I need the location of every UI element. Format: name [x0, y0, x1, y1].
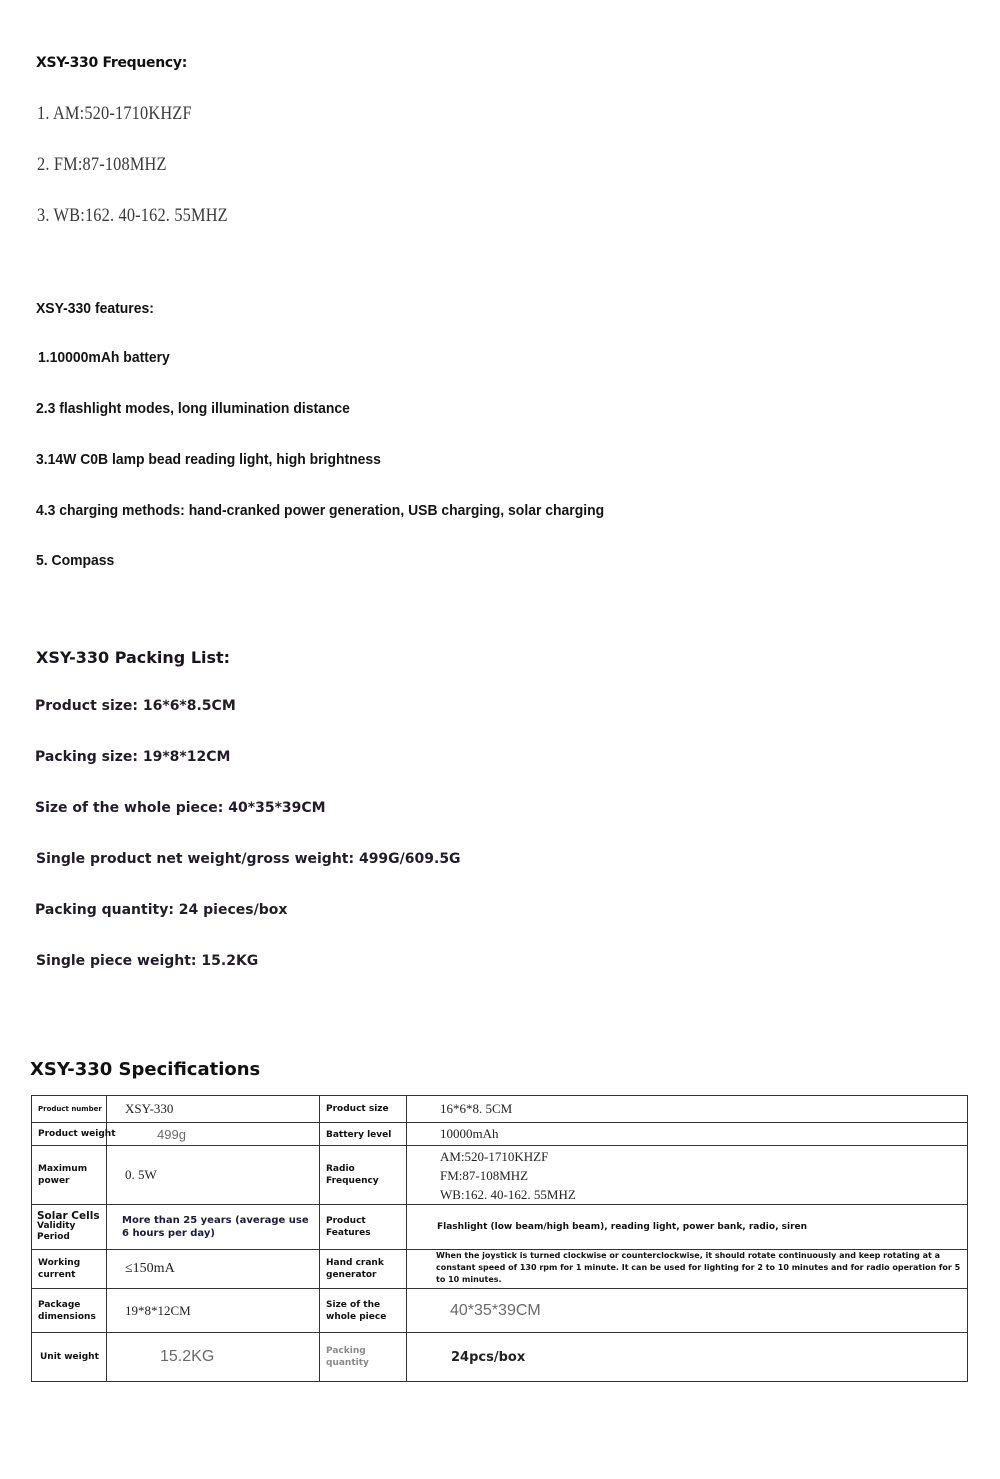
spec-value-unit-weight: 15.2KG — [107, 1333, 320, 1382]
radio-fm: FM:87-108MHZ — [440, 1166, 967, 1185]
radio-am: AM:520-1710KHZF — [440, 1147, 967, 1166]
spec-value-maximum-power: 0. 5W — [107, 1146, 320, 1205]
solar-label-line2: Validity — [37, 1221, 106, 1231]
features-heading: XSY-330 features: — [36, 300, 154, 317]
spec-row-solar-cells: Solar Cells Validity Period More than 25… — [32, 1205, 968, 1250]
spec-value-whole-piece-size: 40*35*39CM — [407, 1289, 968, 1333]
feature-item-battery: 1.10000mAh battery — [38, 349, 170, 366]
spec-value-solar-cells-validity: More than 25 years (average use 6 hours … — [107, 1205, 320, 1250]
packing-list-heading: XSY-330 Packing List: — [36, 648, 230, 667]
spec-row-maximum-power: Maximum power 0. 5W Radio Frequency AM:5… — [32, 1146, 968, 1205]
spec-row-package-dimensions: Package dimensions 19*8*12CM Size of the… — [32, 1289, 968, 1333]
feature-item-reading-light: 3.14W C0B lamp bead reading light, high … — [36, 451, 381, 468]
spec-label-package-dimensions: Package dimensions — [32, 1289, 107, 1333]
spec-label-product-number: Product number — [32, 1096, 107, 1123]
spec-value-working-current: ≤150mA — [107, 1250, 320, 1289]
spec-value-product-number: XSY-330 — [107, 1096, 320, 1123]
packing-item-piece-weight: Single piece weight: 15.2KG — [36, 953, 258, 969]
feature-item-charging: 4.3 charging methods: hand-cranked power… — [36, 502, 604, 519]
frequency-item-am: 1. AM:520-1710KHZF — [37, 103, 192, 125]
feature-item-flashlight: 2.3 flashlight modes, long illumination … — [36, 400, 350, 417]
spec-value-packing-quantity: 24pcs/box — [407, 1333, 968, 1382]
frequency-heading: XSY-330 Frequency: — [36, 55, 187, 71]
spec-label-battery-level: Battery level — [320, 1123, 407, 1146]
spec-value-product-size: 16*6*8. 5CM — [407, 1096, 968, 1123]
spec-label-product-features: Product Features — [320, 1205, 407, 1250]
packing-item-packing-size: Packing size: 19*8*12CM — [35, 749, 230, 765]
solar-label-line3: Period — [37, 1231, 106, 1243]
spec-label-working-current: Working current — [32, 1250, 107, 1289]
solar-label-line1: Solar Cells — [37, 1211, 106, 1221]
spec-value-package-dimensions: 19*8*12CM — [107, 1289, 320, 1333]
spec-row-product-weight: Product weight 499g Battery level 10000m… — [32, 1123, 968, 1146]
spec-value-hand-crank-generator: When the joystick is turned clockwise or… — [407, 1250, 968, 1289]
packing-item-whole-piece-size: Size of the whole piece: 40*35*39CM — [35, 800, 326, 816]
spec-value-product-weight: 499g — [107, 1123, 320, 1146]
specifications-heading: XSY-330 Specifications — [30, 1059, 260, 1080]
spec-label-packing-quantity: Packing quantity — [320, 1333, 407, 1382]
spec-label-maximum-power: Maximum power — [32, 1146, 107, 1205]
packing-item-quantity: Packing quantity: 24 pieces/box — [35, 902, 287, 918]
packing-item-product-size: Product size: 16*6*8.5CM — [35, 698, 236, 714]
spec-value-product-features: Flashlight (low beam/high beam), reading… — [407, 1205, 968, 1250]
spec-label-product-weight: Product weight — [32, 1123, 107, 1146]
spec-value-battery-level: 10000mAh — [407, 1123, 968, 1146]
frequency-item-fm: 2. FM:87-108MHZ — [37, 154, 167, 176]
spec-row-working-current: Working current ≤150mA Hand crank genera… — [32, 1250, 968, 1289]
spec-label-radio-frequency: Radio Frequency — [320, 1146, 407, 1205]
spec-label-whole-piece-size: Size of the whole piece — [320, 1289, 407, 1333]
radio-wb: WB:162. 40-162. 55MHZ — [440, 1185, 967, 1204]
spec-label-unit-weight: Unit weight — [32, 1333, 107, 1382]
packing-item-weight: Single product net weight/gross weight: … — [36, 851, 461, 867]
spec-row-product-number: Product number XSY-330 Product size 16*6… — [32, 1096, 968, 1123]
spec-row-unit-weight: Unit weight 15.2KG Packing quantity 24pc… — [32, 1333, 968, 1382]
spec-label-solar-cells-validity: Solar Cells Validity Period — [32, 1205, 107, 1250]
feature-item-compass: 5. Compass — [36, 552, 114, 569]
specifications-table: Product number XSY-330 Product size 16*6… — [31, 1095, 968, 1382]
spec-label-product-size: Product size — [320, 1096, 407, 1123]
spec-value-radio-frequency: AM:520-1710KHZF FM:87-108MHZ WB:162. 40-… — [407, 1146, 968, 1205]
frequency-item-wb: 3. WB:162. 40-162. 55MHZ — [37, 205, 228, 227]
spec-label-hand-crank-generator: Hand crank generator — [320, 1250, 407, 1289]
